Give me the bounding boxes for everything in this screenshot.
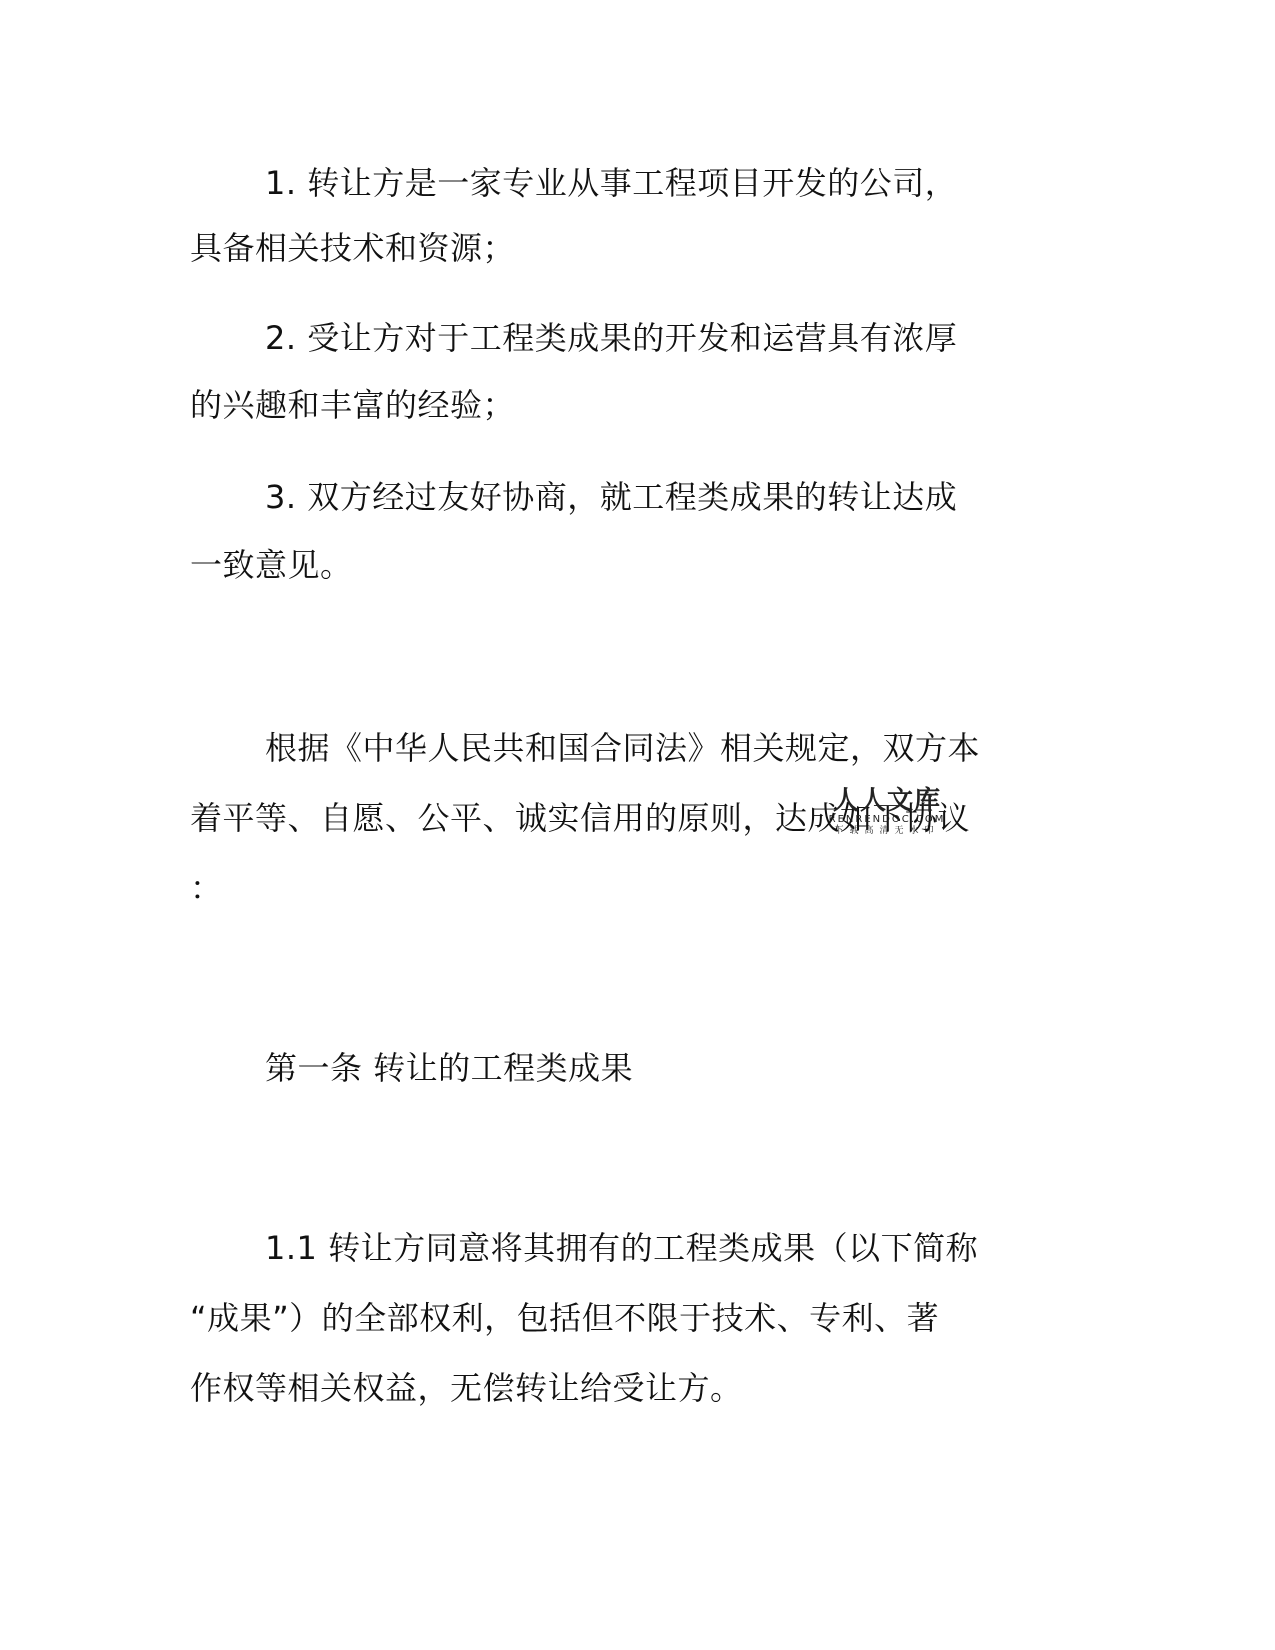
- paragraph-line: 作权等相关权益，无偿转让给受让方。: [190, 1368, 743, 1408]
- section-heading: 第一条 转让的工程类成果: [265, 1048, 633, 1088]
- paragraph-line: 1.1 转让方同意将其拥有的工程类成果（以下简称: [265, 1228, 978, 1268]
- paragraph-line: 3. 双方经过友好协商，就工程类成果的转让达成: [265, 477, 957, 517]
- paragraph-line: ：: [190, 868, 223, 908]
- paragraph-line: 2. 受让方对于工程类成果的开发和运营具有浓厚: [265, 318, 957, 358]
- paragraph-line: “成果”）的全部权利，包括但不限于技术、专利、著: [190, 1298, 939, 1338]
- watermark-url: RENRENDOC.COM: [822, 814, 952, 826]
- paragraph-line: 根据《中华人民共和国合同法》相关规定，双方本: [265, 728, 980, 768]
- paragraph-line: 1. 转让方是一家专业从事工程项目开发的公司，: [265, 163, 957, 203]
- paragraph-line: 具备相关技术和资源；: [190, 228, 515, 268]
- paragraph-line: 的兴趣和丰富的经验；: [190, 385, 515, 425]
- watermark-title: 人人文库: [822, 788, 952, 814]
- paragraph-line: 一致意见。: [190, 545, 353, 585]
- watermark-slogan: 下载高清无水印: [822, 826, 952, 837]
- watermark-logo: 人人文库 RENRENDOC.COM 下载高清无水印: [822, 788, 952, 837]
